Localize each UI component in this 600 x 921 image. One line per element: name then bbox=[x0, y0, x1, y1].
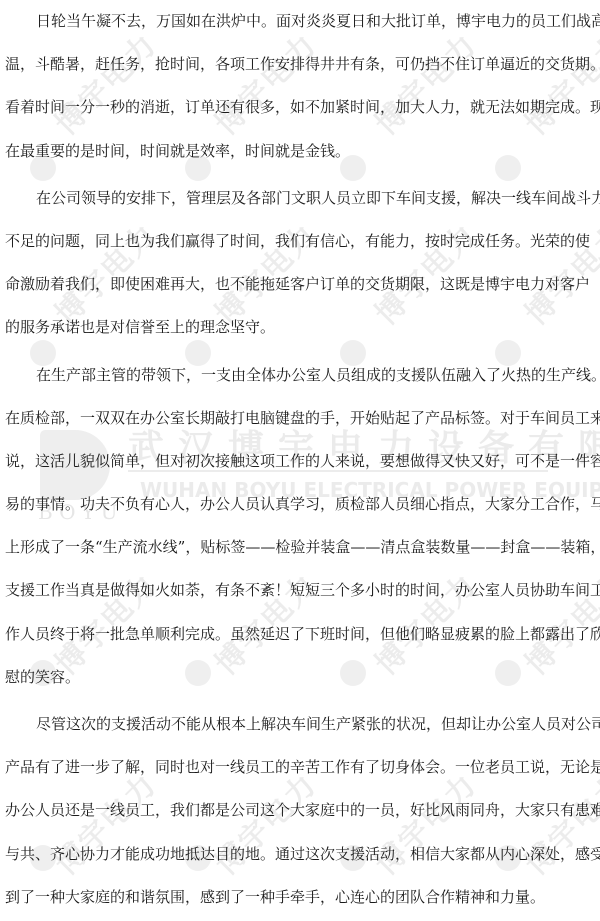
text-line: 的服务承诺也是对信誉至上的理念坚守。 bbox=[0, 306, 600, 349]
text-line: 不足的问题，同上也为我们赢得了时间，我们有信心，有能力，按时完成任务。光荣的使 bbox=[0, 220, 600, 263]
text-line: 日轮当午凝不去，万国如在洪炉中。面对炎炎夏日和大批订单，博宇电力的员工们战高 bbox=[0, 0, 600, 43]
text-line: 在质检部，一双双在办公室长期敲打电脑键盘的手，开始贴起了产品标签。对于车间员工来 bbox=[0, 397, 600, 440]
text-line: 在生产部主管的带领下，一支由全体办公室人员组成的支援队伍融入了火热的生产线。 bbox=[0, 354, 600, 397]
text-line: 说，这活儿貌似简单，但对初次接触这项工作的人来说，要想做得又快又好，可不是一件容 bbox=[0, 440, 600, 483]
paragraph-2: 在公司领导的安排下，管理层及各部门文职人员立即下车间支援，解决一线车间战斗力 不… bbox=[0, 177, 600, 350]
text-line: 在最重要的是时间，时间就是效率，时间就是金钱。 bbox=[0, 130, 600, 173]
text-line: 支援工作当真是做得如火如荼，有条不紊！短短三个多小时的时间，办公室人员协助车间工 bbox=[0, 569, 600, 612]
text-line: 与共、齐心协力才能成功地抵达目的地。通过这次支援活动，相信大家都从内心深处，感受 bbox=[0, 833, 600, 876]
text-line: 作人员终于将一批急单顺利完成。虽然延迟了下班时间，但他们略显疲累的脸上都露出了欣 bbox=[0, 613, 600, 656]
paragraph-4: 尽管这次的支援活动不能从根本上解决车间生产紧张的状况，但却让办公室人员对公司 产… bbox=[0, 703, 600, 919]
text-line: 尽管这次的支援活动不能从根本上解决车间生产紧张的状况，但却让办公室人员对公司 bbox=[0, 703, 600, 746]
text-line: 办公人员还是一线员工，我们都是公司这个大家庭中的一员，好比风雨同舟，大家只有患难 bbox=[0, 789, 600, 832]
text-line: 在公司领导的安排下，管理层及各部门文职人员立即下车间支援，解决一线车间战斗力 bbox=[0, 177, 600, 220]
text-line: 温，斗酷暑，赶任务，抢时间，各项工作安排得井井有条，可仍挡不住订单逼近的交货期。 bbox=[0, 43, 600, 86]
paragraph-1: 日轮当午凝不去，万国如在洪炉中。面对炎炎夏日和大批订单，博宇电力的员工们战高 温… bbox=[0, 0, 600, 173]
text-line: 易的事情。功夫不负有心人，办公人员认真学习，质检部人员细心指点，大家分工合作，马 bbox=[0, 483, 600, 526]
paragraph-3: 在生产部主管的带领下，一支由全体办公室人员组成的支援队伍融入了火热的生产线。 在… bbox=[0, 354, 600, 700]
text-line: 命激励着我们，即使困难再大，也不能拖延客户订单的交货期限，这既是博宇电力对客户 bbox=[0, 263, 600, 306]
text-line: 到了一种大家庭的和谐氛围，感到了一种手牵手，心连心的团队合作精神和力量。 bbox=[0, 876, 600, 919]
text-line: 看着时间一分一秒的消逝，订单还有很多，如不加紧时间，加大人力，就无法如期完成。现 bbox=[0, 86, 600, 129]
text-line: 慰的笑容。 bbox=[0, 656, 600, 699]
article-body: 日轮当午凝不去，万国如在洪炉中。面对炎炎夏日和大批订单，博宇电力的员工们战高 温… bbox=[0, 0, 600, 919]
text-line: 上形成了一条“生产流水线”，贴标签——检验并装盒——清点盒装数量——封盒——装箱… bbox=[0, 526, 600, 569]
text-line: 产品有了进一步了解，同时也对一线员工的辛苦工作有了切身体会。一位老员工说，无论是 bbox=[0, 746, 600, 789]
